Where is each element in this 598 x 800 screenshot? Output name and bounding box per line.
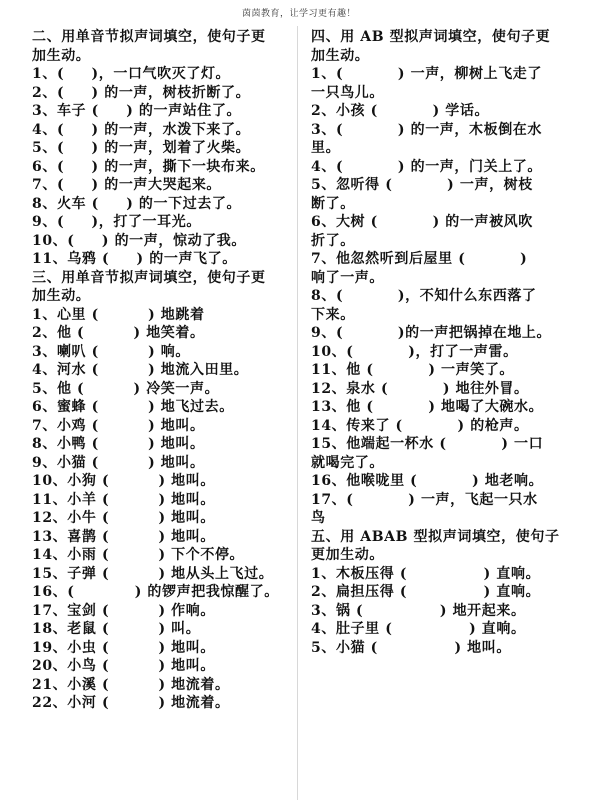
worksheet-line: 8、小鸭 ( ) 地叫。 bbox=[32, 435, 294, 454]
worksheet-line: 11、他 ( ) 一声笑了。 bbox=[311, 361, 583, 380]
column-divider bbox=[297, 26, 298, 800]
worksheet-line: 11、小羊 ( ) 地叫。 bbox=[32, 491, 294, 510]
page-header: 茵茵教育，让学习更有趣！ bbox=[0, 6, 598, 19]
worksheet-line: 1、( )，一口气吹灭了灯。 bbox=[32, 65, 294, 84]
worksheet-line: 19、小虫 ( ) 地叫。 bbox=[32, 639, 294, 658]
worksheet-line: 13、喜鹊 ( ) 地叫。 bbox=[32, 528, 294, 547]
worksheet-line: 里。 bbox=[311, 139, 583, 158]
worksheet-line: 断了。 bbox=[311, 195, 583, 214]
worksheet-line: 5、( ) 的一声，划着了火柴。 bbox=[32, 139, 294, 158]
worksheet-line: 4、( ) 的一声，水泼下来了。 bbox=[32, 121, 294, 140]
worksheet-line: 10、小狗 ( ) 地叫。 bbox=[32, 472, 294, 491]
worksheet-line: 三、用单音节拟声词填空，使句子更 bbox=[32, 269, 294, 288]
worksheet-line: 加生动。 bbox=[32, 287, 294, 306]
worksheet-line: 21、小溪 ( ) 地流着。 bbox=[32, 676, 294, 695]
worksheet-line: 1、木板压得 ( ) 直响。 bbox=[311, 565, 583, 584]
worksheet-line: 5、忽听得 ( ) 一声，树枝 bbox=[311, 176, 583, 195]
worksheet-line: 9、( )的一声把锅掉在地上。 bbox=[311, 324, 583, 343]
worksheet-line: 8、火车 ( ) 的一下过去了。 bbox=[32, 195, 294, 214]
worksheet-line: 二、用单音节拟声词填空，使句子更 bbox=[32, 28, 294, 47]
worksheet-line: 13、他 ( ) 地喝了大碗水。 bbox=[311, 398, 583, 417]
worksheet-line: 下来。 bbox=[311, 306, 583, 325]
worksheet-line: 9、( )，打了一耳光。 bbox=[32, 213, 294, 232]
worksheet-line: 14、传来了 ( ) 的枪声。 bbox=[311, 417, 583, 436]
worksheet-line: 更加生动。 bbox=[311, 546, 583, 565]
worksheet-line: 7、( ) 的一声大哭起来。 bbox=[32, 176, 294, 195]
worksheet-line: 20、小鸟 ( ) 地叫。 bbox=[32, 657, 294, 676]
worksheet-line: 6、大树 ( ) 的一声被风吹 bbox=[311, 213, 583, 232]
worksheet-line: 一只鸟儿。 bbox=[311, 84, 583, 103]
worksheet-line: 17、( ) 一声，飞起一只水 bbox=[311, 491, 583, 510]
worksheet-line: 4、( ) 的一声，门关上了。 bbox=[311, 158, 583, 177]
worksheet-line: 12、小牛 ( ) 地叫。 bbox=[32, 509, 294, 528]
worksheet-line: 2、小孩 ( ) 学话。 bbox=[311, 102, 583, 121]
worksheet-line: 14、小雨 ( ) 下个不停。 bbox=[32, 546, 294, 565]
worksheet-line: 3、( ) 的一声，木板倒在水 bbox=[311, 121, 583, 140]
worksheet-line: 加生动。 bbox=[311, 47, 583, 66]
worksheet-line: 四、用 AB 型拟声词填空，使句子更 bbox=[311, 28, 583, 47]
worksheet-line: 15、子弹 ( ) 地从头上飞过。 bbox=[32, 565, 294, 584]
worksheet-line: 2、( ) 的一声，树枝折断了。 bbox=[32, 84, 294, 103]
worksheet-line: 5、他 ( ) 冷笑一声。 bbox=[32, 380, 294, 399]
worksheet-line: 6、蜜蜂 ( ) 地飞过去。 bbox=[32, 398, 294, 417]
worksheet-line: 12、泉水 ( ) 地往外冒。 bbox=[311, 380, 583, 399]
worksheet-line: 就喝完了。 bbox=[311, 454, 583, 473]
worksheet-line: 响了一声。 bbox=[311, 269, 583, 288]
worksheet-line: 9、小猫 ( ) 地叫。 bbox=[32, 454, 294, 473]
worksheet-line: 2、扁担压得 ( ) 直响。 bbox=[311, 583, 583, 602]
worksheet-line: 7、他忽然听到后屋里 ( ) bbox=[311, 250, 583, 269]
worksheet-line: 22、小河 ( ) 地流着。 bbox=[32, 694, 294, 713]
worksheet-line: 3、车子 ( ) 的一声站住了。 bbox=[32, 102, 294, 121]
left-column: 二、用单音节拟声词填空，使句子更加生动。1、( )，一口气吹灭了灯。2、( ) … bbox=[32, 28, 294, 713]
worksheet-line: 18、老鼠 ( ) 叫。 bbox=[32, 620, 294, 639]
worksheet-line: 5、小猫 ( ) 地叫。 bbox=[311, 639, 583, 658]
worksheet-line: 1、心里 ( ) 地跳着 bbox=[32, 306, 294, 325]
worksheet-line: 2、他 ( ) 地笑着。 bbox=[32, 324, 294, 343]
worksheet-line: 3、喇叭 ( ) 响。 bbox=[32, 343, 294, 362]
worksheet-line: 五、用 ABAB 型拟声词填空，使句子 bbox=[311, 528, 583, 547]
worksheet-line: 16、他喉咙里 ( ) 地老响。 bbox=[311, 472, 583, 491]
worksheet-line: 鸟 bbox=[311, 509, 583, 528]
worksheet-line: 4、肚子里 ( ) 直响。 bbox=[311, 620, 583, 639]
worksheet-line: 折了。 bbox=[311, 232, 583, 251]
worksheet-line: 10、( ) 的一声，惊动了我。 bbox=[32, 232, 294, 251]
worksheet-line: 6、( ) 的一声，撕下一块布来。 bbox=[32, 158, 294, 177]
worksheet-line: 3、锅 ( ) 地开起来。 bbox=[311, 602, 583, 621]
worksheet-line: 15、他端起一杯水 ( ) 一口 bbox=[311, 435, 583, 454]
worksheet-line: 加生动。 bbox=[32, 47, 294, 66]
worksheet-line: 1、( ) 一声，柳树上飞走了 bbox=[311, 65, 583, 84]
worksheet-line: 8、( )，不知什么东西落了 bbox=[311, 287, 583, 306]
worksheet-line: 16、( ) 的锣声把我惊醒了。 bbox=[32, 583, 294, 602]
worksheet-line: 11、乌鸦 ( ) 的一声飞了。 bbox=[32, 250, 294, 269]
worksheet-line: 4、河水 ( ) 地流入田里。 bbox=[32, 361, 294, 380]
worksheet-line: 17、宝剑 ( ) 作响。 bbox=[32, 602, 294, 621]
worksheet-line: 10、( )，打了一声雷。 bbox=[311, 343, 583, 362]
worksheet-line: 7、小鸡 ( ) 地叫。 bbox=[32, 417, 294, 436]
right-column: 四、用 AB 型拟声词填空，使句子更加生动。1、( ) 一声，柳树上飞走了一只鸟… bbox=[311, 28, 583, 657]
